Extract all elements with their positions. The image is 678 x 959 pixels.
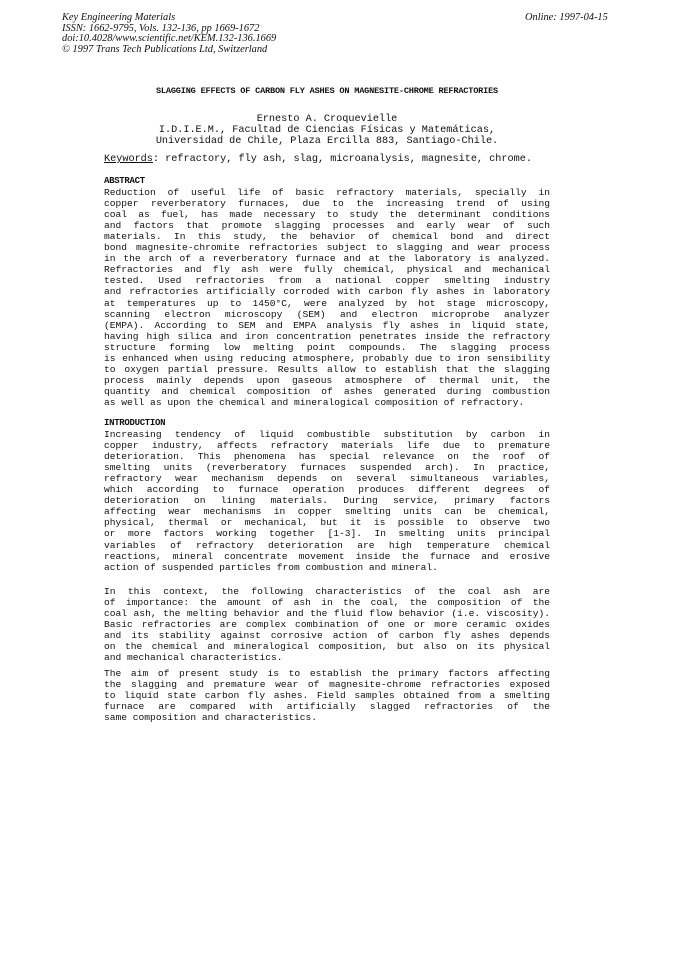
text-line: Refractories and fly ash were fully chem… [104,264,550,275]
text-line: tested. Used refractories from a nationa… [104,275,550,286]
text-line: the slagging and premature wear of magne… [104,679,550,690]
text-line: affecting wear mechanisms in copper smel… [104,506,550,517]
online-date: Online: 1997-04-15 [525,13,608,24]
text-line: of importance: the amount of ash in the … [104,597,550,608]
text-line: is enhanced when using reducing atmosphe… [104,353,550,364]
text-line: materials. In this study, the behavior o… [104,231,550,242]
text-line: to liquid state carbon fly ashes. Field … [104,690,550,701]
text-line: furnace are compared with artificially s… [104,701,550,712]
text-line: process mainly depends upon gaseous atmo… [104,375,550,386]
text-line: deterioration on lining materials. Durin… [104,495,550,506]
text-line: Reduction of useful life of basic refrac… [104,187,550,198]
text-line: coal as fuel, has made necessary to stud… [104,209,550,220]
introduction-heading: INTRODUCTION [104,418,550,429]
keywords-text: : refractory, fly ash, slag, microanalys… [153,154,532,165]
text-line: smelting units (reverberatory furnaces s… [104,462,550,473]
text-line: (EMPA). According to SEM and EMPA analys… [104,320,550,331]
text-line: action of suspended particles from combu… [104,562,550,573]
text-line: Basic refractories are complex combinati… [104,619,550,630]
text-line: refractory wear mechanism depends on sev… [104,473,550,484]
journal-name: Key Engineering Materials [62,13,276,24]
text-line: copper industry, affects refractory mate… [104,440,550,451]
author-block: Ernesto A. Croquevielle I.D.I.E.M., Facu… [104,114,550,148]
text-line: scanning electron microscopy (SEM) and e… [104,309,550,320]
text-line: and factors that promote slagging proces… [104,220,550,231]
author-name: Ernesto A. Croquevielle [104,114,550,125]
text-line: having high silica and iron concentratio… [104,331,550,342]
introduction-paragraph-2: In this context, the following character… [104,586,550,663]
affiliation-line-1: I.D.I.E.M., Facultad de Ciencias Físicas… [104,125,550,136]
text-line: reactions, mineral concentrate movement … [104,551,550,562]
abstract-heading: ABSTRACT [104,176,550,187]
paper-title: SLAGGING EFFECTS OF CARBON FLY ASHES ON … [104,86,550,96]
introduction-paragraph-3: The aim of present study is to establish… [104,668,550,723]
journal-header: Key Engineering Materials ISSN: 1662-979… [62,13,276,55]
text-line: copper reverberatory furnaces, due to th… [104,198,550,209]
text-line: at temperatures up to 1450°C, were analy… [104,298,550,309]
text-line: and refractories artificially corroded w… [104,286,550,297]
text-line: or more factors working together [1-3]. … [104,528,550,539]
keywords: Keywords: refractory, fly ash, slag, mic… [104,154,532,165]
text-line: and mechanical characteristics. [104,652,550,663]
text-line: as well as upon the chemical and mineral… [104,397,550,408]
text-line: on the chemical and mineralogical compos… [104,641,550,652]
text-line: and its stability against corrosive acti… [104,630,550,641]
text-line: in the arch of a reverberatory furnace a… [104,253,550,264]
text-line: In this context, the following character… [104,586,550,597]
affiliation-line-2: Universidad de Chile, Plaza Ercilla 883,… [104,136,550,147]
text-line: to oxygen partial pressure. Results allo… [104,364,550,375]
text-line: structure forming low melting point comp… [104,342,550,353]
text-line: which according to furnace operation pro… [104,484,550,495]
introduction-section: INTRODUCTION Increasing tendency of liqu… [104,418,550,573]
keywords-label: Keywords [104,154,153,165]
text-line: bond magnesite-chromite refractories sub… [104,242,550,253]
text-line: coal ash, the melting behavior and the f… [104,608,550,619]
text-line: quantity and chemical composition of ash… [104,386,550,397]
text-line: physical, thermal or mechanical, but it … [104,517,550,528]
text-line: same composition and characteristics. [104,712,550,723]
abstract-body: Reduction of useful life of basic refrac… [104,187,550,408]
copyright-line: © 1997 Trans Tech Publications Ltd, Swit… [62,45,276,56]
text-line: deterioration. This phenomena has specia… [104,451,550,462]
text-line: variables of refractory deterioration ar… [104,540,550,551]
abstract-section: ABSTRACT Reduction of useful life of bas… [104,176,550,408]
text-line: Increasing tendency of liquid combustibl… [104,429,550,440]
text-line: The aim of present study is to establish… [104,668,550,679]
introduction-paragraph-1: Increasing tendency of liquid combustibl… [104,429,550,573]
